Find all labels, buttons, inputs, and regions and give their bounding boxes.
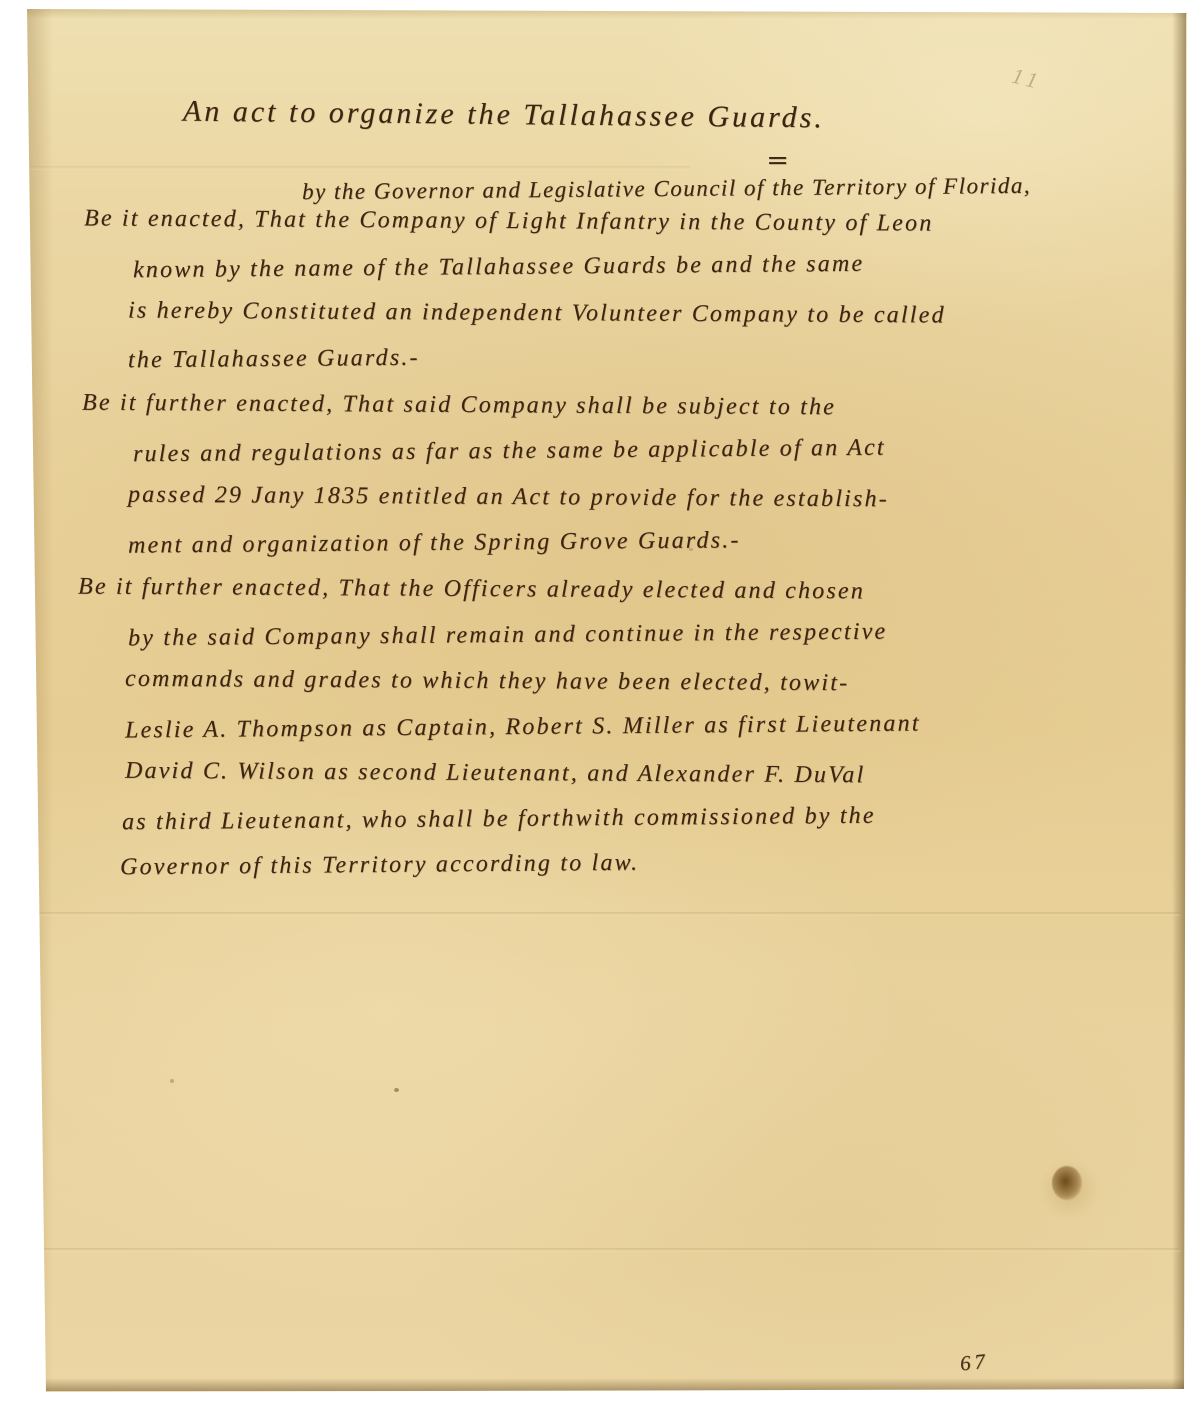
manuscript-line: Be it further enacted, That said Company… [82, 390, 836, 422]
paper-edge-shadow-left [27, 0, 53, 1404]
manuscript-line: Be it further enacted, That the Officers… [78, 574, 865, 606]
fold-crease-middle [30, 912, 1180, 916]
manuscript-line: the Tallahassee Guards.- [128, 345, 420, 375]
scan-background: 11 An act to organize the Tallahassee Gu… [0, 0, 1200, 1404]
manuscript-line: David C. Wilson as second Lieutenant, an… [125, 758, 866, 790]
document-title: An act to organize the Tallahassee Guard… [183, 95, 825, 136]
manuscript-line: commands and grades to which they have b… [125, 666, 849, 697]
section-divider-mark: = [767, 146, 788, 176]
manuscript-line: Leslie A. Thompson as Captain, Robert S.… [125, 711, 921, 745]
manuscript-line: known by the name of the Tallahassee Gua… [133, 251, 865, 284]
manuscript-line-preamble: by the Governor and Legislative Council … [302, 173, 1031, 205]
manuscript-line: rules and regulations as far as the same… [133, 435, 886, 469]
paper-speck [170, 1079, 174, 1083]
manuscript-line: by the said Company shall remain and con… [128, 619, 888, 653]
fold-crease-upper [30, 166, 690, 170]
fold-crease-lower [30, 1248, 1180, 1252]
manuscript-line: is hereby Constituted an independent Vol… [128, 298, 946, 330]
paper-edge-shadow-top [0, 9, 1200, 19]
manuscript-line: as third Lieutenant, who shall be forthw… [122, 803, 876, 837]
pencil-mark: 11 [1009, 63, 1045, 96]
manuscript-line: passed 29 Jany 1835 entitled an Act to p… [128, 482, 889, 514]
ink-stain-halo [1040, 1158, 1098, 1220]
paper-edge-shadow-right [1172, 0, 1186, 1404]
manuscript-line: Be it enacted, That the Company of Light… [84, 205, 934, 237]
page-number: 67 [959, 1349, 990, 1377]
manuscript-line: Governor of this Territory according to … [120, 850, 639, 882]
manuscript-line: ment and organization of the Spring Grov… [128, 527, 741, 559]
ink-stain [1052, 1166, 1082, 1200]
paper-edge-shadow-bottom [0, 1378, 1200, 1391]
manuscript-page: 11 An act to organize the Tallahassee Gu… [0, 0, 1200, 1404]
paper-speck [394, 1088, 399, 1092]
